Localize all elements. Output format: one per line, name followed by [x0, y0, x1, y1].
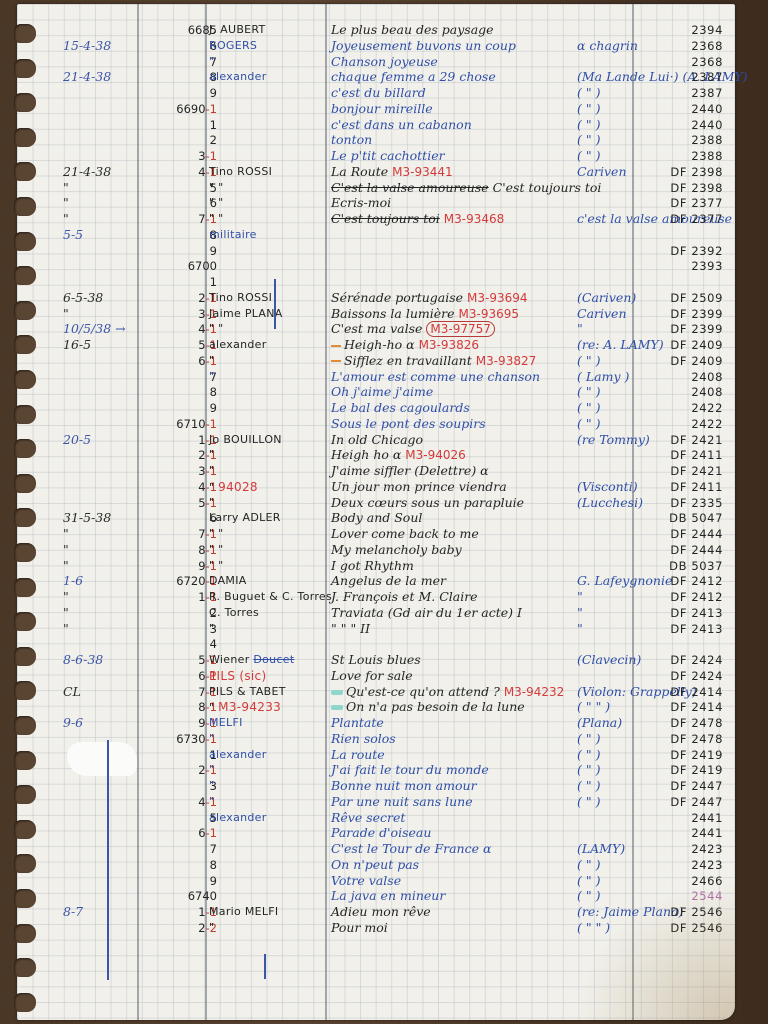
matrix-cell: 7 [137, 54, 217, 70]
matrix-cell: 9 [137, 85, 217, 101]
title-cell: Oh j'aime j'aime [331, 384, 433, 400]
binder-hole [14, 508, 36, 527]
title-cell: C'est toujours toi M3-93468 [331, 211, 504, 227]
catalogue-cell: 2388 [647, 132, 723, 148]
artist-name: " [209, 481, 214, 494]
artist-name: " " [209, 322, 224, 335]
catalogue-cell: DF 2419 [647, 762, 723, 778]
catalogue-cell: 2387 [647, 69, 723, 85]
artist-name: ROGERS [209, 39, 257, 52]
song-title: Chanson joyeuse [331, 54, 438, 69]
song-title: C'est toujours toi [493, 180, 602, 195]
catalogue-cell: DF 2392 [647, 243, 723, 259]
ledger-row: 3-1Le p'tit cachottier( " )2388 [17, 148, 735, 164]
struck-title: C'est toujours toi [331, 211, 440, 226]
song-title: Qu'est-ce qu'on attend ? [346, 684, 500, 699]
matrix-code: M3-93826 [419, 338, 480, 352]
title-cell: Adieu mon rêve [331, 904, 431, 920]
catalogue-cell: DF 2398 [647, 164, 723, 180]
matrix-cell: 6-1 [137, 825, 217, 841]
matrix-cell: 2 [137, 605, 217, 621]
matrix-number: 6 [198, 669, 205, 683]
title-cell: c'est du billard [331, 85, 426, 101]
artist-name: " [209, 622, 214, 635]
title-cell: Ecris-moi [331, 195, 391, 211]
artist-cell: " [209, 621, 337, 637]
title-cell: Votre valse [331, 873, 401, 889]
matrix-cell: 3 [137, 621, 217, 637]
binder-hole [14, 681, 36, 700]
orange-highlight-mark [331, 360, 341, 362]
matrix-number: 6730 [176, 732, 205, 746]
matrix-number: 6690 [176, 102, 205, 116]
artist-name: C. Torres [209, 606, 259, 619]
matrix-cell: 7-1 [137, 211, 217, 227]
title-cell: Traviata (Gd air du 1er acte) I [331, 605, 522, 621]
matrix-cell: 8 [137, 384, 217, 400]
artist-name: alexander [209, 811, 267, 824]
matrix-number: 3 [198, 307, 205, 321]
song-title: Heigh ho α [331, 447, 401, 462]
song-title: Votre valse [331, 873, 401, 888]
catalogue-cell: DF 2419 [647, 747, 723, 763]
matrix-cell: 6700 [137, 258, 217, 274]
catalogue-cell: 2441 [647, 825, 723, 841]
artist-name: Wiener [209, 653, 250, 666]
title-cell: Angelus de la mer [331, 573, 446, 589]
matrix-number: 7 [198, 212, 205, 226]
title-cell: Plantate [331, 715, 384, 731]
ledger-row: 9c'est du billard( " )2387 [17, 85, 735, 101]
catalogue-cell: DF 2412 [647, 573, 723, 589]
matrix-annotation: 94028 [218, 480, 258, 494]
artist-name: militaire [209, 228, 257, 241]
matrix-number: 6 [198, 826, 205, 840]
matrix-cell: 8 [137, 69, 217, 85]
matrix-cell: 3-1 [137, 306, 217, 322]
catalogue-cell: 2422 [647, 416, 723, 432]
catalogue-cell: DF 2444 [647, 542, 723, 558]
binder-hole [14, 820, 36, 839]
note-cell: α chagrin [577, 38, 638, 54]
ledger-row: 6-5-382-1Tino ROSSISérénade portugaise M… [17, 290, 735, 306]
note-cell: ( " ) [577, 857, 600, 873]
catalogue-cell: DF 2478 [647, 715, 723, 731]
matrix-cell: 8 [137, 227, 217, 243]
binder-hole [14, 958, 36, 977]
catalogue-cell: 2440 [647, 101, 723, 117]
title-cell: Qu'est-ce qu'on attend ? M3-94232 [331, 684, 564, 700]
matrix-number: 2 [198, 448, 205, 462]
song-title: J'ai fait le tour du monde [331, 762, 489, 777]
artist-cell: " " [209, 195, 337, 211]
artist-cell: " " [209, 321, 337, 337]
note-cell: ( " ) [577, 794, 600, 810]
song-title: Rien solos [331, 731, 396, 746]
matrix-code: M3-93827 [476, 354, 537, 368]
catalogue-cell: 2441 [647, 810, 723, 826]
catalogue-cell: DF 2421 [647, 432, 723, 448]
artist-cell: alexander [209, 810, 337, 826]
take-number: -1 [206, 149, 217, 163]
circled-matrix-code: M3-97757 [426, 321, 495, 337]
title-cell: Sérénade portugaise M3-93694 [331, 290, 528, 306]
song-title: Le bal des cagoulards [331, 400, 470, 415]
title-cell: Sifflez en travaillant M3-93827 [331, 353, 536, 369]
note-cell: ( " ) [577, 353, 600, 369]
ledger-row: 8-71-1Mario MELFIAdieu mon rêve(re: Jaim… [17, 904, 735, 920]
note-cell: ( " ) [577, 384, 600, 400]
title-cell: C'est ma valse M3-97757 [331, 321, 495, 337]
artist-cell: " [209, 920, 337, 936]
matrix-code: M3-93695 [459, 307, 520, 321]
artist-cell: " " [209, 558, 337, 574]
title-cell: J. François et M. Claire [331, 589, 478, 605]
binder-hole [14, 578, 36, 597]
artist-cell: C. Torres [209, 605, 337, 621]
binder-hole [14, 128, 36, 147]
binder-hole [14, 370, 36, 389]
title-cell: In old Chicago [331, 432, 423, 448]
note-cell: (Cariven) [577, 290, 636, 306]
binder-hole [14, 405, 36, 424]
artist-name: PILS & TABET [209, 685, 286, 698]
note-cell: ( Lamy ) [577, 369, 629, 385]
matrix-cell: 3 [137, 778, 217, 794]
ledger-row: 6685J. AUBERTLe plus beau des paysage239… [17, 22, 735, 38]
matrix-cell: 1-1 [137, 589, 217, 605]
note-cell: (LAMY) [577, 841, 625, 857]
song-title: Heigh-ho α [344, 337, 415, 352]
song-title: J. François et M. Claire [331, 589, 478, 604]
ledger-row: 15-4-386ROGERSJoyeusement buvons un coup… [17, 38, 735, 54]
song-title: Un jour mon prince viendra [331, 479, 507, 494]
matrix-number: 4 [198, 165, 205, 179]
matrix-cell: 2 [137, 132, 217, 148]
title-cell: Rêve secret [331, 810, 405, 826]
matrix-cell: 4-1 [137, 164, 217, 180]
title-cell: Chanson joyeuse [331, 54, 438, 70]
song-title: bonjour mireille [331, 101, 433, 116]
ledger-row: 2tonton( " )2388 [17, 132, 735, 148]
matrix-number: 6720 [176, 574, 205, 588]
matrix-cell: 5 [137, 810, 217, 826]
artist-name: " [209, 370, 214, 383]
artist-cell: militaire [209, 227, 337, 243]
ledger-row: 1 [17, 274, 735, 290]
catalogue-cell: DF 2478 [647, 731, 723, 747]
title-cell: Baissons la lumière M3-93695 [331, 306, 519, 322]
artist-cell: ROGERS [209, 38, 337, 54]
binder-hole [14, 301, 36, 320]
ledger-row: 7C'est le Tour de France α(LAMY)2423 [17, 841, 735, 857]
matrix-cell: 6 [137, 195, 217, 211]
note-cell: (Clavecin) [577, 652, 641, 668]
song-title: Pour moi [331, 920, 388, 935]
note-cell: ( " ) [577, 117, 600, 133]
artist-name: " " [209, 559, 224, 572]
matrix-cell: 9-1 [137, 715, 217, 731]
ledger-row: 5alexanderRêve secret2441 [17, 810, 735, 826]
matrix-cell: 6740 [137, 888, 217, 904]
struck-artist: Doucet [253, 653, 294, 666]
artist-cell: Larry ADLER [209, 510, 337, 526]
title-cell: C'est la valse amoureuse C'est toujours … [331, 180, 601, 196]
matrix-cell: 6 [137, 510, 217, 526]
song-title: Bonne nuit mon amour [331, 778, 477, 793]
teal-highlight-mark [331, 705, 343, 710]
song-title: On n'a pas besoin de la lune [346, 699, 525, 714]
artist-name: " [209, 732, 214, 745]
ledger-row: 21-4-384-1Tino ROSSILa Route M3-93441Car… [17, 164, 735, 180]
song-title: Joyeusement buvons un coup [331, 38, 516, 53]
ledger-row: 2-1"Heigh ho α M3-94026DF 2411 [17, 447, 735, 463]
catalogue-cell: DF 2399 [647, 306, 723, 322]
artist-cell: " [209, 778, 337, 794]
catalogue-cell: DF 2447 [647, 794, 723, 810]
matrix-cell: 3-1 [137, 148, 217, 164]
artist-cell: " [209, 54, 337, 70]
matrix-cell: 8-1 [137, 542, 217, 558]
artist-name: " " [209, 527, 224, 540]
song-title: My melancholy baby [331, 542, 462, 557]
ledger-row: 4 [17, 636, 735, 652]
note-cell: (re Tommy) [577, 432, 650, 448]
artist-cell: Jaime PLANA [209, 306, 337, 322]
artist-name: " [209, 921, 214, 934]
title-cell: J'ai fait le tour du monde [331, 762, 489, 778]
matrix-cell: 6690-1 [137, 101, 217, 117]
artist-cell: " [209, 794, 337, 810]
note-cell: ( " " ) [577, 699, 610, 715]
song-title: La Route [331, 164, 388, 179]
binder-hole [14, 785, 36, 804]
binder-hole [14, 93, 36, 112]
artist-name: " [209, 701, 214, 714]
binder-hole [14, 924, 36, 943]
matrix-cell: 8 [137, 857, 217, 873]
ledger-row: 6-1Parade d'oiseau2441 [17, 825, 735, 841]
matrix-number: 6 [198, 354, 205, 368]
ledger-row: "3-1Jaime PLANABaissons la lumière M3-93… [17, 306, 735, 322]
song-title: C'est ma valse [331, 321, 422, 336]
catalogue-cell: DF 2411 [647, 479, 723, 495]
artist-name: alexander [209, 70, 267, 83]
catalogue-cell: DF 2509 [647, 290, 723, 306]
song-title: Sifflez en travaillant [344, 353, 472, 368]
title-cell: Le p'tit cachottier [331, 148, 445, 164]
artist-name: " [209, 779, 214, 792]
catalogue-cell: 2440 [647, 117, 723, 133]
binder-hole [14, 266, 36, 285]
title-cell: Un jour mon prince viendra [331, 479, 507, 495]
ledger-row: 67002393 [17, 258, 735, 274]
catalogue-cell: DF 2414 [647, 684, 723, 700]
title-cell: My melancholy baby [331, 542, 462, 558]
note-cell: Cariven [577, 306, 627, 322]
ledger-row: 8On n'peut pas( " )2423 [17, 857, 735, 873]
artist-name: J. AUBERT [209, 23, 266, 36]
title-cell: Joyeusement buvons un coup [331, 38, 516, 54]
note-cell: " [577, 589, 583, 605]
song-title: La route [331, 747, 385, 762]
title-cell: Heigh ho α M3-94026 [331, 447, 466, 463]
title-cell: Love for sale [331, 668, 413, 684]
note-cell: ( " ) [577, 873, 600, 889]
artist-cell: J. AUBERT [209, 22, 337, 38]
matrix-number: 8 [198, 543, 205, 557]
title-cell: La Route M3-93441 [331, 164, 453, 180]
title-cell: bonjour mireille [331, 101, 433, 117]
note-cell: ( " ) [577, 416, 600, 432]
note-cell: ( " ) [577, 747, 600, 763]
song-title: c'est du billard [331, 85, 426, 100]
matrix-cell: 7-1 [137, 526, 217, 542]
ledger-row: 2-2"Pour moi( " " )DF 2546 [17, 920, 735, 936]
catalogue-cell: DB 5047 [647, 510, 723, 526]
note-cell: ( " ) [577, 85, 600, 101]
title-cell: Sous le pont des soupirs [331, 416, 486, 432]
matrix-cell: 2-1 [137, 762, 217, 778]
binder-hole [14, 439, 36, 458]
note-cell: (Visconti) [577, 479, 638, 495]
artist-cell: " " [209, 211, 337, 227]
ledger-row: 10/5/38 →4-1" "C'est ma valse M3-97757"D… [17, 321, 735, 337]
song-title: Rêve secret [331, 810, 405, 825]
matrix-cell: 5-1 [137, 495, 217, 511]
song-title: Parade d'oiseau [331, 825, 431, 840]
song-title: Lover come back to me [331, 526, 479, 541]
matrix-annotation: M3-94233 [218, 700, 281, 714]
matrix-number: 5 [198, 338, 205, 352]
matrix-number: 8 [198, 700, 205, 714]
matrix-cell: 5-1 [137, 337, 217, 353]
song-title: Deux cœurs sous un parapluie [331, 495, 524, 510]
matrix-cell: 2-1 [137, 447, 217, 463]
artist-name: " " [209, 196, 224, 209]
matrix-number: 7 [198, 527, 205, 541]
matrix-number: 6710 [176, 417, 205, 431]
matrix-cell: 2-2 [137, 920, 217, 936]
artist-cell: Mario MELFI [209, 904, 337, 920]
artist-cell: alexander [209, 337, 337, 353]
catalogue-cell: 2423 [647, 841, 723, 857]
binder-hole [14, 24, 36, 43]
catalogue-cell: DF 2412 [647, 589, 723, 605]
matrix-number: 4 [198, 480, 205, 494]
catalogue-cell: 2387 [647, 85, 723, 101]
title-cell: J'aime siffler (Delettre) α [331, 463, 489, 479]
song-title: J'aime siffler (Delettre) α [331, 463, 489, 478]
binder-hole [14, 197, 36, 216]
artist-cell: Tino ROSSI [209, 290, 337, 306]
catalogue-cell: DF 2546 [647, 904, 723, 920]
note-cell: ( " ) [577, 888, 600, 904]
ledger-row: 3"Bonne nuit mon amour( " )DF 2447 [17, 778, 735, 794]
ledger-row: "1-1R. Buguet & C. TorresJ. François et … [17, 589, 735, 605]
ledger-row: 9Votre valse( " )2466 [17, 873, 735, 889]
catalogue-cell: DF 2421 [647, 463, 723, 479]
catalogue-cell: 2388 [647, 148, 723, 164]
artist-cell: DAMIA [209, 573, 337, 589]
ledger-row: "7-1" "C'est toujours toi M3-93468c'est … [17, 211, 735, 227]
binder-hole [14, 474, 36, 493]
matrix-number: 2 [198, 291, 205, 305]
matrix-cell: 1 [137, 117, 217, 133]
artist-name: Tino ROSSI [209, 291, 272, 304]
ledger-row: 6730-1"Rien solos( " )DF 2478 [17, 731, 735, 747]
matrix-cell: 1-1 [137, 432, 217, 448]
catalogue-cell: DF 2335 [647, 495, 723, 511]
matrix-cell: 6730-1 [137, 731, 217, 747]
artist-cell: " " [209, 526, 337, 542]
matrix-cell: 6710-1 [137, 416, 217, 432]
catalogue-cell: DF 2424 [647, 668, 723, 684]
artist-name: R. Buguet & C. Torres [209, 590, 332, 603]
title-cell: Rien solos [331, 731, 396, 747]
matrix-cell: 6-1 [137, 353, 217, 369]
song-title: Sous le pont des soupirs [331, 416, 486, 431]
artist-cell: " [209, 447, 337, 463]
ledger-row: 16-55-1alexanderHeigh-ho α M3-93826(re: … [17, 337, 735, 353]
catalogue-cell: DF 2414 [647, 699, 723, 715]
song-title: La java en mineur [331, 888, 445, 903]
ledger-row: 31-5-386Larry ADLERBody and SoulDB 5047 [17, 510, 735, 526]
ledger-row: 8Oh j'aime j'aime( " )2408 [17, 384, 735, 400]
catalogue-cell: DF 2424 [647, 652, 723, 668]
title-cell: Bonne nuit mon amour [331, 778, 477, 794]
struck-title: C'est la valse amoureuse [331, 180, 489, 195]
note-cell: ( " " ) [577, 920, 610, 936]
artist-name: " [209, 763, 214, 776]
artist-cell: PILS & TABET [209, 684, 337, 700]
matrix-number: 5 [198, 653, 205, 667]
matrix-cell: 9 [137, 873, 217, 889]
ledger-row: 7"Chanson joyeuse2368 [17, 54, 735, 70]
ledger-row: 6-1"Sifflez en travaillant M3-93827( " )… [17, 353, 735, 369]
ledger-row: 8-6-385-1Wiener DoucetSt Louis blues(Cla… [17, 652, 735, 668]
title-cell: tonton [331, 132, 372, 148]
matrix-cell: 8-1 [137, 699, 217, 715]
binder-hole [14, 889, 36, 908]
matrix-cell: 9 [137, 243, 217, 259]
orange-highlight-mark [331, 345, 341, 347]
note-cell: Cariven [577, 164, 627, 180]
matrix-cell: 1 [137, 274, 217, 290]
catalogue-cell: 2466 [647, 873, 723, 889]
song-title: Baissons la lumière [331, 306, 455, 321]
take-number: -1 [206, 417, 217, 431]
song-title: Traviata (Gd air du 1er acte) I [331, 605, 522, 620]
matrix-cell: 6-1 [137, 668, 217, 684]
artist-cell: " [209, 495, 337, 511]
note-cell: (Plana) [577, 715, 622, 731]
matrix-number: 9 [198, 716, 205, 730]
matrix-cell: 7 [137, 369, 217, 385]
matrix-cell: 5-1 [137, 652, 217, 668]
catalogue-cell: DF 2546 [647, 920, 723, 936]
ledger-row: 1alexanderLa route( " )DF 2419 [17, 747, 735, 763]
matrix-annotation: PILS (sic) [209, 669, 266, 683]
artist-name: " [209, 448, 214, 461]
song-title: Angelus de la mer [331, 573, 446, 588]
note-cell: ( " ) [577, 132, 600, 148]
song-title: Sérénade portugaise [331, 290, 463, 305]
binder-hole [14, 612, 36, 631]
catalogue-cell: 2423 [647, 857, 723, 873]
matrix-cell: 5 [137, 180, 217, 196]
title-cell: La route [331, 747, 385, 763]
